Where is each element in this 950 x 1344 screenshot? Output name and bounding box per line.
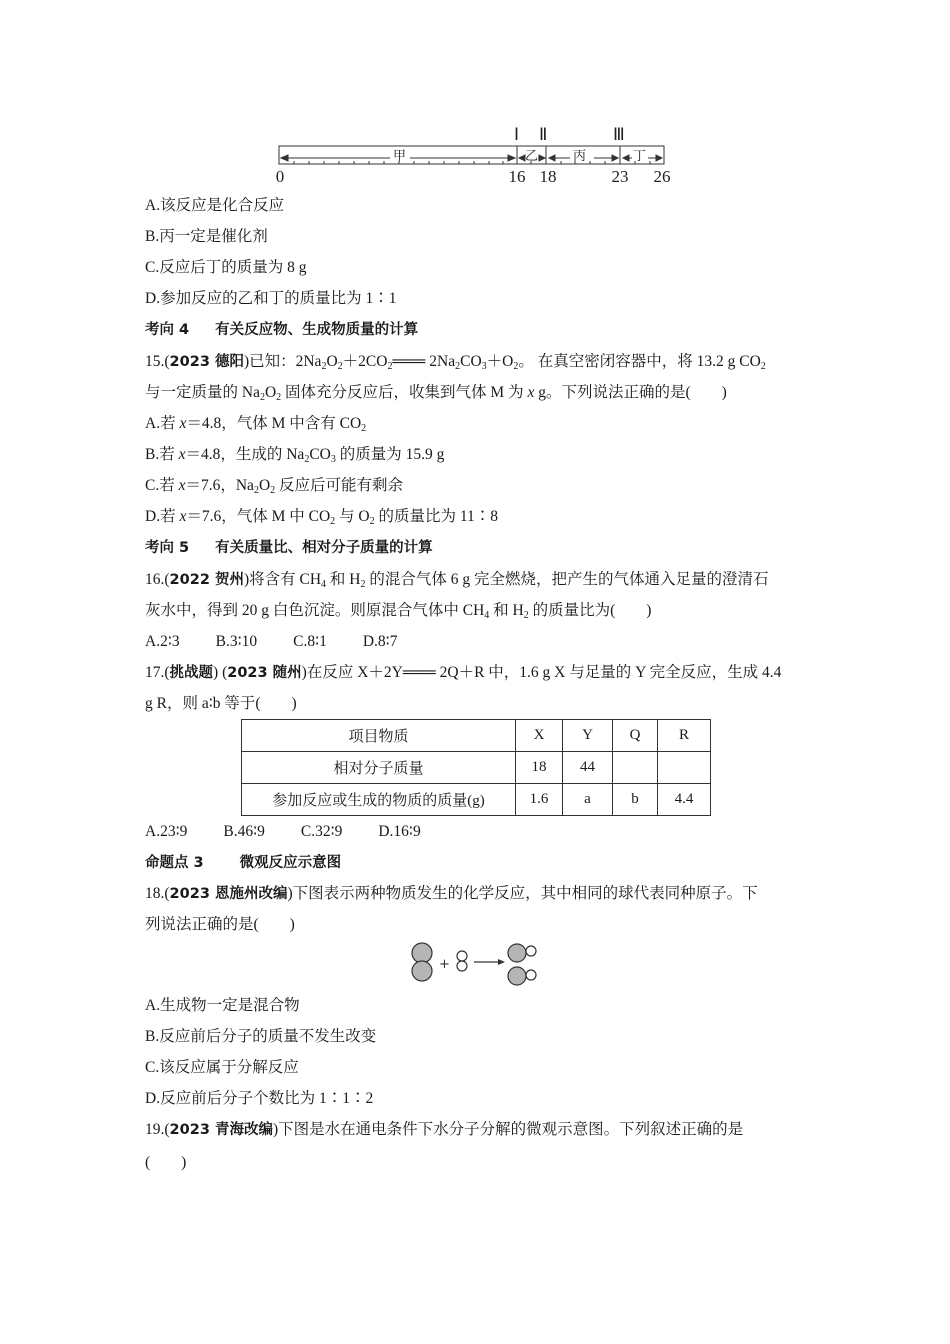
q16-option-d: D.8∶7 xyxy=(363,633,398,650)
q16-source: 2022 贺州 xyxy=(170,572,244,588)
tick-0: 0 xyxy=(276,167,285,186)
q17-option-b: B.46∶9 xyxy=(223,823,265,840)
q18-option-b: B.反应前后分子的质量不发生改变 xyxy=(145,1027,376,1047)
q14-option-c: C.反应后丁的质量为 8 g xyxy=(145,258,306,278)
section-heading-5: 考向 5有关质量比、相对分子质量的计算 xyxy=(145,538,433,558)
gray-atom-icon xyxy=(508,944,526,962)
arrow-icon xyxy=(498,959,505,965)
q16-option-c: C.8∶1 xyxy=(293,633,327,650)
q16-stem-line1: 16.(2022 贺州)将含有 CH4 和 H2 的混合气体 6 g 完全燃烧，… xyxy=(145,570,769,590)
gray-atom-icon xyxy=(508,967,526,985)
q15-stem-line2: 与一定质量的 Na2O2 固体充分反应后，收集到气体 M 为 x g。下列说法正… xyxy=(145,383,727,403)
gray-atom-icon xyxy=(412,961,432,981)
table-row: 相对分子质量 18 44 xyxy=(242,752,711,784)
marker-II: Ⅱ xyxy=(539,125,547,144)
section-label: 考向 5 xyxy=(145,540,189,556)
segment-ding: 丁 xyxy=(633,149,646,164)
q17-table: 项目物质 X Y Q R 相对分子质量 18 44 参加反应或生成的物质的质量(… xyxy=(241,719,711,816)
q17-tag: 挑战题 xyxy=(170,665,214,681)
mass-scale-figure: Ⅰ Ⅱ Ⅲ 甲 乙 丙 丁 0 16 18 23 xyxy=(270,118,690,188)
q17-option-d: D.16∶9 xyxy=(378,823,420,840)
q18-option-d: D.反应前后分子个数比为 1∶1∶2 xyxy=(145,1089,373,1109)
q18-stem-line2: 列说法正确的是( ) xyxy=(145,915,295,935)
q14-option-a: A.该反应是化合反应 xyxy=(145,196,284,216)
q17-stem-line2: g R，则 a∶b 等于( ) xyxy=(145,694,297,714)
white-atom-icon xyxy=(457,951,467,961)
plus-sign: + xyxy=(439,957,450,972)
q18-stem-line1: 18.(2023 恩施州改编)下图表示两种物质发生的化学反应，其中相同的球代表同… xyxy=(145,884,758,904)
q19-source: 2023 青海改编 xyxy=(170,1122,273,1138)
q17-option-c: C.32∶9 xyxy=(301,823,343,840)
q17-source: 2023 随州 xyxy=(227,665,301,681)
q17-options: A.23∶9B.46∶9C.32∶9D.16∶9 xyxy=(145,822,421,842)
q14-option-d: D.参加反应的乙和丁的质量比为 1∶1 xyxy=(145,289,396,309)
q16-option-a: A.2∶3 xyxy=(145,633,180,650)
tick-23: 23 xyxy=(612,167,629,186)
q19-stem-line1: 19.(2023 青海改编)下图是水在通电条件下水分子分解的微观示意图。下列叙述… xyxy=(145,1120,743,1140)
q17-option-a: A.23∶9 xyxy=(145,823,187,840)
q16-option-b: B.3∶10 xyxy=(216,633,258,650)
q18-option-c: C.该反应属于分解反应 xyxy=(145,1058,299,1078)
q14-option-b: B.丙一定是催化剂 xyxy=(145,227,268,247)
marker-III: Ⅲ xyxy=(613,125,625,144)
tick-18: 18 xyxy=(540,167,557,186)
q18-option-a: A.生成物一定是混合物 xyxy=(145,996,300,1016)
segment-bing: 丙 xyxy=(573,149,586,164)
q15-stem-line1: 15.(2023 德阳)已知：2Na2O2＋2CO2═══ 2Na2CO3＋O2… xyxy=(145,352,766,372)
q15-source: 2023 德阳 xyxy=(170,354,244,370)
q15-option-a: A.若 x＝4.8，气体 M 中含有 CO2 xyxy=(145,414,366,434)
section-title: 有关反应物、生成物质量的计算 xyxy=(215,322,418,338)
q15-option-d: D.若 x＝7.6，气体 M 中 CO2 与 O2 的质量比为 11∶8 xyxy=(145,507,498,527)
section-label: 考向 4 xyxy=(145,322,189,338)
white-atom-icon xyxy=(526,970,536,980)
section-label: 命题点 3 xyxy=(145,855,204,871)
q15-option-b: B.若 x＝4.8，生成的 Na2CO3 的质量为 15.9 g xyxy=(145,445,444,465)
tick-26: 26 xyxy=(654,167,671,186)
section-title: 微观反应示意图 xyxy=(240,855,342,871)
segment-jia: 甲 xyxy=(393,149,406,164)
reaction-diagram: + xyxy=(405,938,545,993)
section-title: 有关质量比、相对分子质量的计算 xyxy=(215,540,433,556)
marker-I: Ⅰ xyxy=(514,125,519,144)
q16-options: A.2∶3B.3∶10C.8∶1D.8∶7 xyxy=(145,632,397,652)
q15-option-c: C.若 x＝7.6，Na2O2 反应后可能有剩余 xyxy=(145,476,403,496)
white-atom-icon xyxy=(457,961,467,971)
segment-yi: 乙 xyxy=(525,149,538,164)
white-atom-icon xyxy=(526,946,536,956)
section-heading-4: 考向 4有关反应物、生成物质量的计算 xyxy=(145,320,418,340)
table-row: 参加反应或生成的物质的质量(g) 1.6 a b 4.4 xyxy=(242,784,711,816)
q16-stem-line2: 灰水中，得到 20 g 白色沉淀。则原混合气体中 CH4 和 H2 的质量比为(… xyxy=(145,601,651,621)
tick-16: 16 xyxy=(509,167,526,186)
q19-stem-line2: ( ) xyxy=(145,1153,186,1173)
q18-source: 2023 恩施州改编 xyxy=(170,886,288,902)
table-header-row: 项目物质 X Y Q R xyxy=(242,720,711,752)
q17-stem-line1: 17.(挑战题) (2023 随州)在反应 X＋2Y═══ 2Q＋R 中，1.6… xyxy=(145,663,781,683)
section-heading-point3: 命题点 3微观反应示意图 xyxy=(145,853,341,873)
gray-atom-icon xyxy=(412,943,432,963)
